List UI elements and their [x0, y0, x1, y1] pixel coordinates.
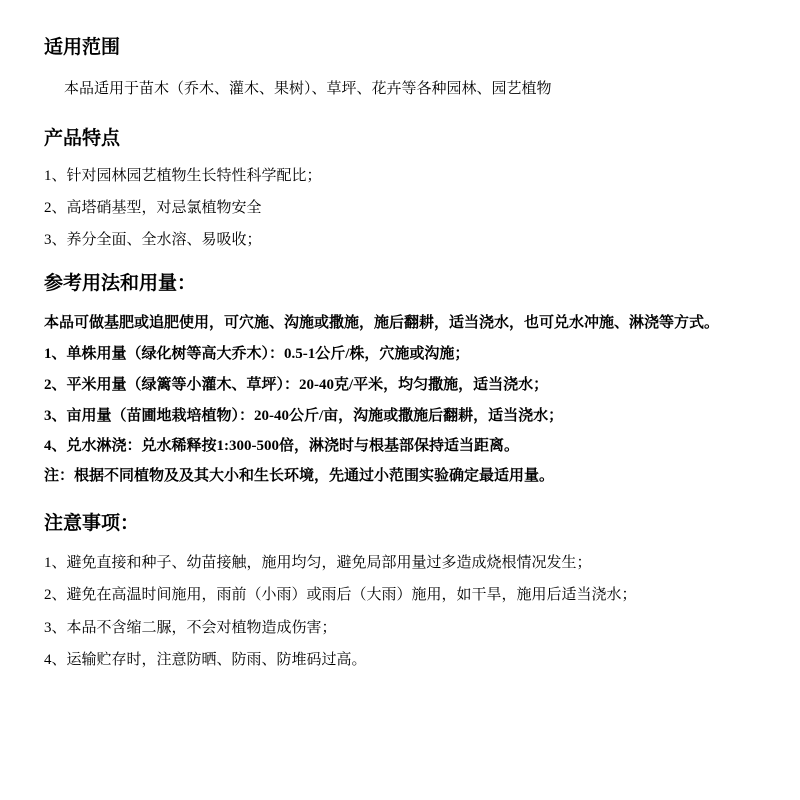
feature-item: 1、针对园林园艺植物生长特性科学配比； — [44, 168, 756, 184]
applicable-scope-intro: 本品适用于苗木（乔木、灌木、果树）、草坪、花卉等各种园林、园艺植物 — [44, 81, 756, 97]
usage-item: 3、亩用量（苗圃地栽培植物）：20-40公斤/亩，沟施或撒施后翻耕，适当浇水； — [44, 408, 756, 424]
usage-heading: 参考用法和用量： — [44, 274, 756, 293]
precaution-item: 2、避免在高温时间施用，雨前（小雨）或雨后（大雨）施用，如干旱，施用后适当浇水； — [44, 587, 756, 603]
feature-item: 2、高塔硝基型，对忌氯植物安全 — [44, 200, 756, 216]
product-info-document: 适用范围 本品适用于苗木（乔木、灌木、果树）、草坪、花卉等各种园林、园艺植物 产… — [0, 0, 800, 800]
feature-item: 3、养分全面、全水溶、易吸收； — [44, 232, 756, 248]
usage-note: 注：根据不同植物及及其大小和生长环境，先通过小范围实验确定最适用量。 — [44, 468, 756, 484]
usage-item: 2、平米用量（绿篱等小灌木、草坪）：20-40克/平米，均匀撒施，适当浇水； — [44, 377, 756, 393]
section-usage-and-dosage: 参考用法和用量： 本品可做基肥或追肥使用，可穴施、沟施或撒施，施后翻耕，适当浇水… — [44, 274, 756, 484]
section-precautions: 注意事项： 1、避免直接和种子、幼苗接触，施用均匀，避免局部用量过多造成烧根情况… — [44, 514, 756, 668]
precaution-item: 4、运输贮存时，注意防晒、防雨、防堆码过高。 — [44, 652, 756, 668]
usage-item: 4、兑水淋浇：兑水稀释按1:300-500倍，淋浇时与根基部保持适当距离。 — [44, 438, 756, 454]
precautions-heading: 注意事项： — [44, 514, 756, 533]
section-applicable-scope: 适用范围 本品适用于苗木（乔木、灌木、果树）、草坪、花卉等各种园林、园艺植物 — [44, 38, 756, 97]
product-features-heading: 产品特点 — [44, 129, 756, 148]
usage-intro: 本品可做基肥或追肥使用，可穴施、沟施或撒施，施后翻耕，适当浇水，也可兑水冲施、淋… — [44, 315, 756, 331]
usage-item: 1、单株用量（绿化树等高大乔木）：0.5-1公斤/株，穴施或沟施； — [44, 346, 756, 362]
section-product-features: 产品特点 1、针对园林园艺植物生长特性科学配比； 2、高塔硝基型，对忌氯植物安全… — [44, 129, 756, 248]
precaution-item: 1、避免直接和种子、幼苗接触，施用均匀，避免局部用量过多造成烧根情况发生； — [44, 555, 756, 571]
precaution-item: 3、本品不含缩二脲，不会对植物造成伤害； — [44, 620, 756, 636]
applicable-scope-heading: 适用范围 — [44, 38, 756, 57]
